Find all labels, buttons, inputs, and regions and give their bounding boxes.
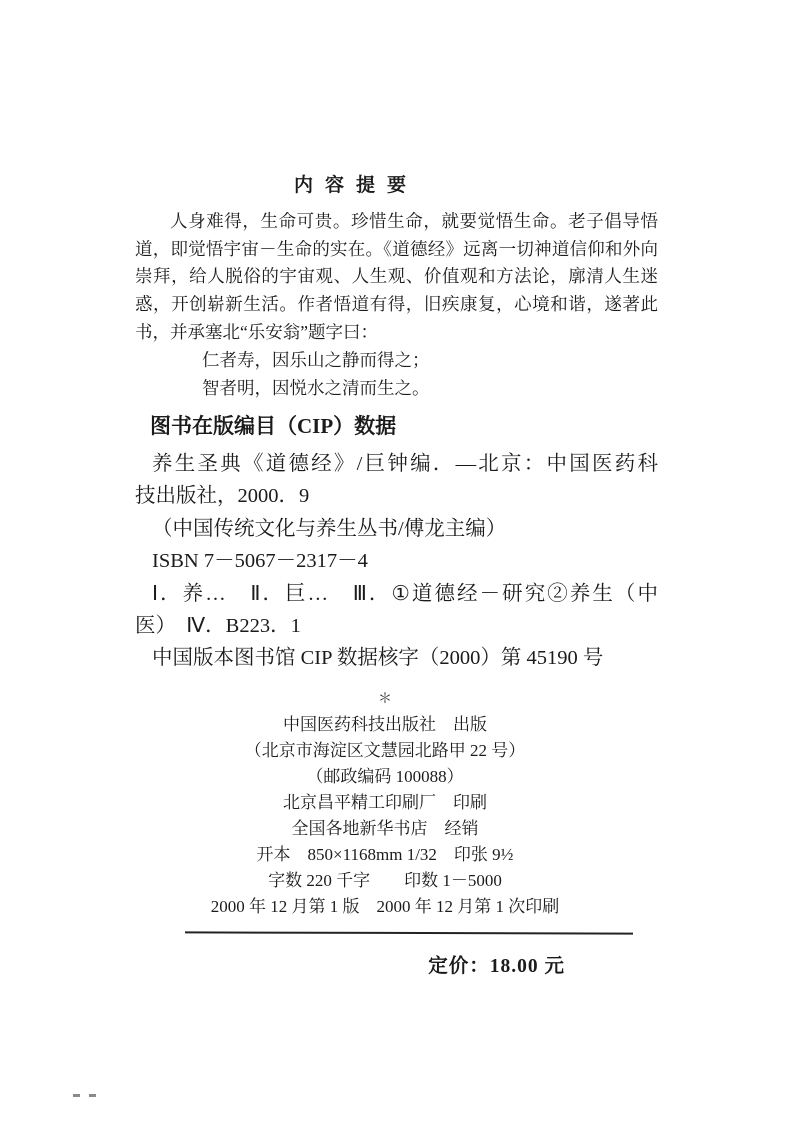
word-count-line: 字数 220 千字 印数 1－5000 bbox=[98, 868, 672, 894]
summary-line: 人身难得，生命可贵。珍惜生命，就要觉悟生命。老子倡导悟 bbox=[135, 208, 658, 236]
summary-line: 惑，开创崭新生活。作者悟道有得，旧疾康复，心境和谐，遂著此 bbox=[135, 291, 658, 319]
format-line: 开本 850×1168mm 1/32 印张 9½ bbox=[98, 842, 672, 868]
book-copyright-page: 内容提要 人身难得，生命可贵。珍惜生命，就要觉悟生命。老子倡导悟 道，即觉悟宇宙… bbox=[0, 0, 793, 1122]
edition-line: 2000 年 12 月第 1 版 2000 年 12 月第 1 次印刷 bbox=[98, 894, 672, 920]
cip-classification-line: 医） Ⅳ．B223．1 bbox=[135, 610, 658, 642]
cip-series-note: （中国传统文化与养生丛书/傅龙主编） bbox=[135, 513, 658, 545]
publisher-line: 中国医药科技出版社 出版 bbox=[98, 712, 672, 738]
dedication-verse: 仁者寿，因乐山之静而得之； 智者明，因悦水之清而生之。 bbox=[202, 347, 430, 402]
verse-line: 仁者寿，因乐山之静而得之； bbox=[202, 347, 430, 375]
postcode-line: （邮政编码 100088） bbox=[98, 764, 672, 790]
colophon: ＊ 中国医药科技出版社 出版 （北京市海淀区文慧园北路甲 22 号） （邮政编码… bbox=[98, 688, 672, 920]
cip-entry-line: 技出版社，2000．9 bbox=[135, 480, 658, 512]
cip-data-block: 养生圣典《道德经》/巨钟编．—北京：中国医药科 技出版社，2000．9 （中国传… bbox=[135, 448, 658, 675]
verse-line: 智者明，因悦水之清而生之。 bbox=[202, 375, 430, 403]
distributor-line: 全国各地新华书店 经销 bbox=[98, 816, 672, 842]
isbn-line: ISBN 7－5067－2317－4 bbox=[135, 545, 658, 577]
summary-title: 内容提要 bbox=[0, 170, 700, 197]
divider-rule bbox=[185, 931, 633, 934]
price: 定价：18.00 元 bbox=[0, 950, 565, 978]
summary-line: 书，并承塞北“乐安翁”题字曰： bbox=[135, 319, 658, 347]
publisher-address: （北京市海淀区文慧园北路甲 22 号） bbox=[98, 738, 672, 764]
cip-entry-line: 养生圣典《道德经》/巨钟编．—北京：中国医药科 bbox=[135, 448, 658, 480]
cip-record-number: 中国版本图书馆 CIP 数据核字（2000）第 45190 号 bbox=[135, 642, 658, 674]
printer-line: 北京昌平精工印刷厂 印刷 bbox=[98, 790, 672, 816]
cip-heading: 图书在版编目（CIP）数据 bbox=[150, 410, 396, 440]
cip-classification-line: Ⅰ．养… Ⅱ．巨… Ⅲ．①道德经－研究②养生（中 bbox=[135, 578, 658, 610]
content-summary-paragraph: 人身难得，生命可贵。珍惜生命，就要觉悟生命。老子倡导悟 道，即觉悟宇宙－生命的实… bbox=[135, 208, 658, 347]
section-divider-asterisk: ＊ bbox=[98, 688, 672, 712]
summary-line: 崇拜，给人脱俗的宇宙观、人生观、价值观和方法论，廓清人生迷 bbox=[135, 263, 658, 291]
scan-artifact-marks bbox=[73, 1094, 96, 1097]
summary-line: 道，即觉悟宇宙－生命的实在。《道德经》远离一切神道信仰和外向 bbox=[135, 236, 658, 264]
